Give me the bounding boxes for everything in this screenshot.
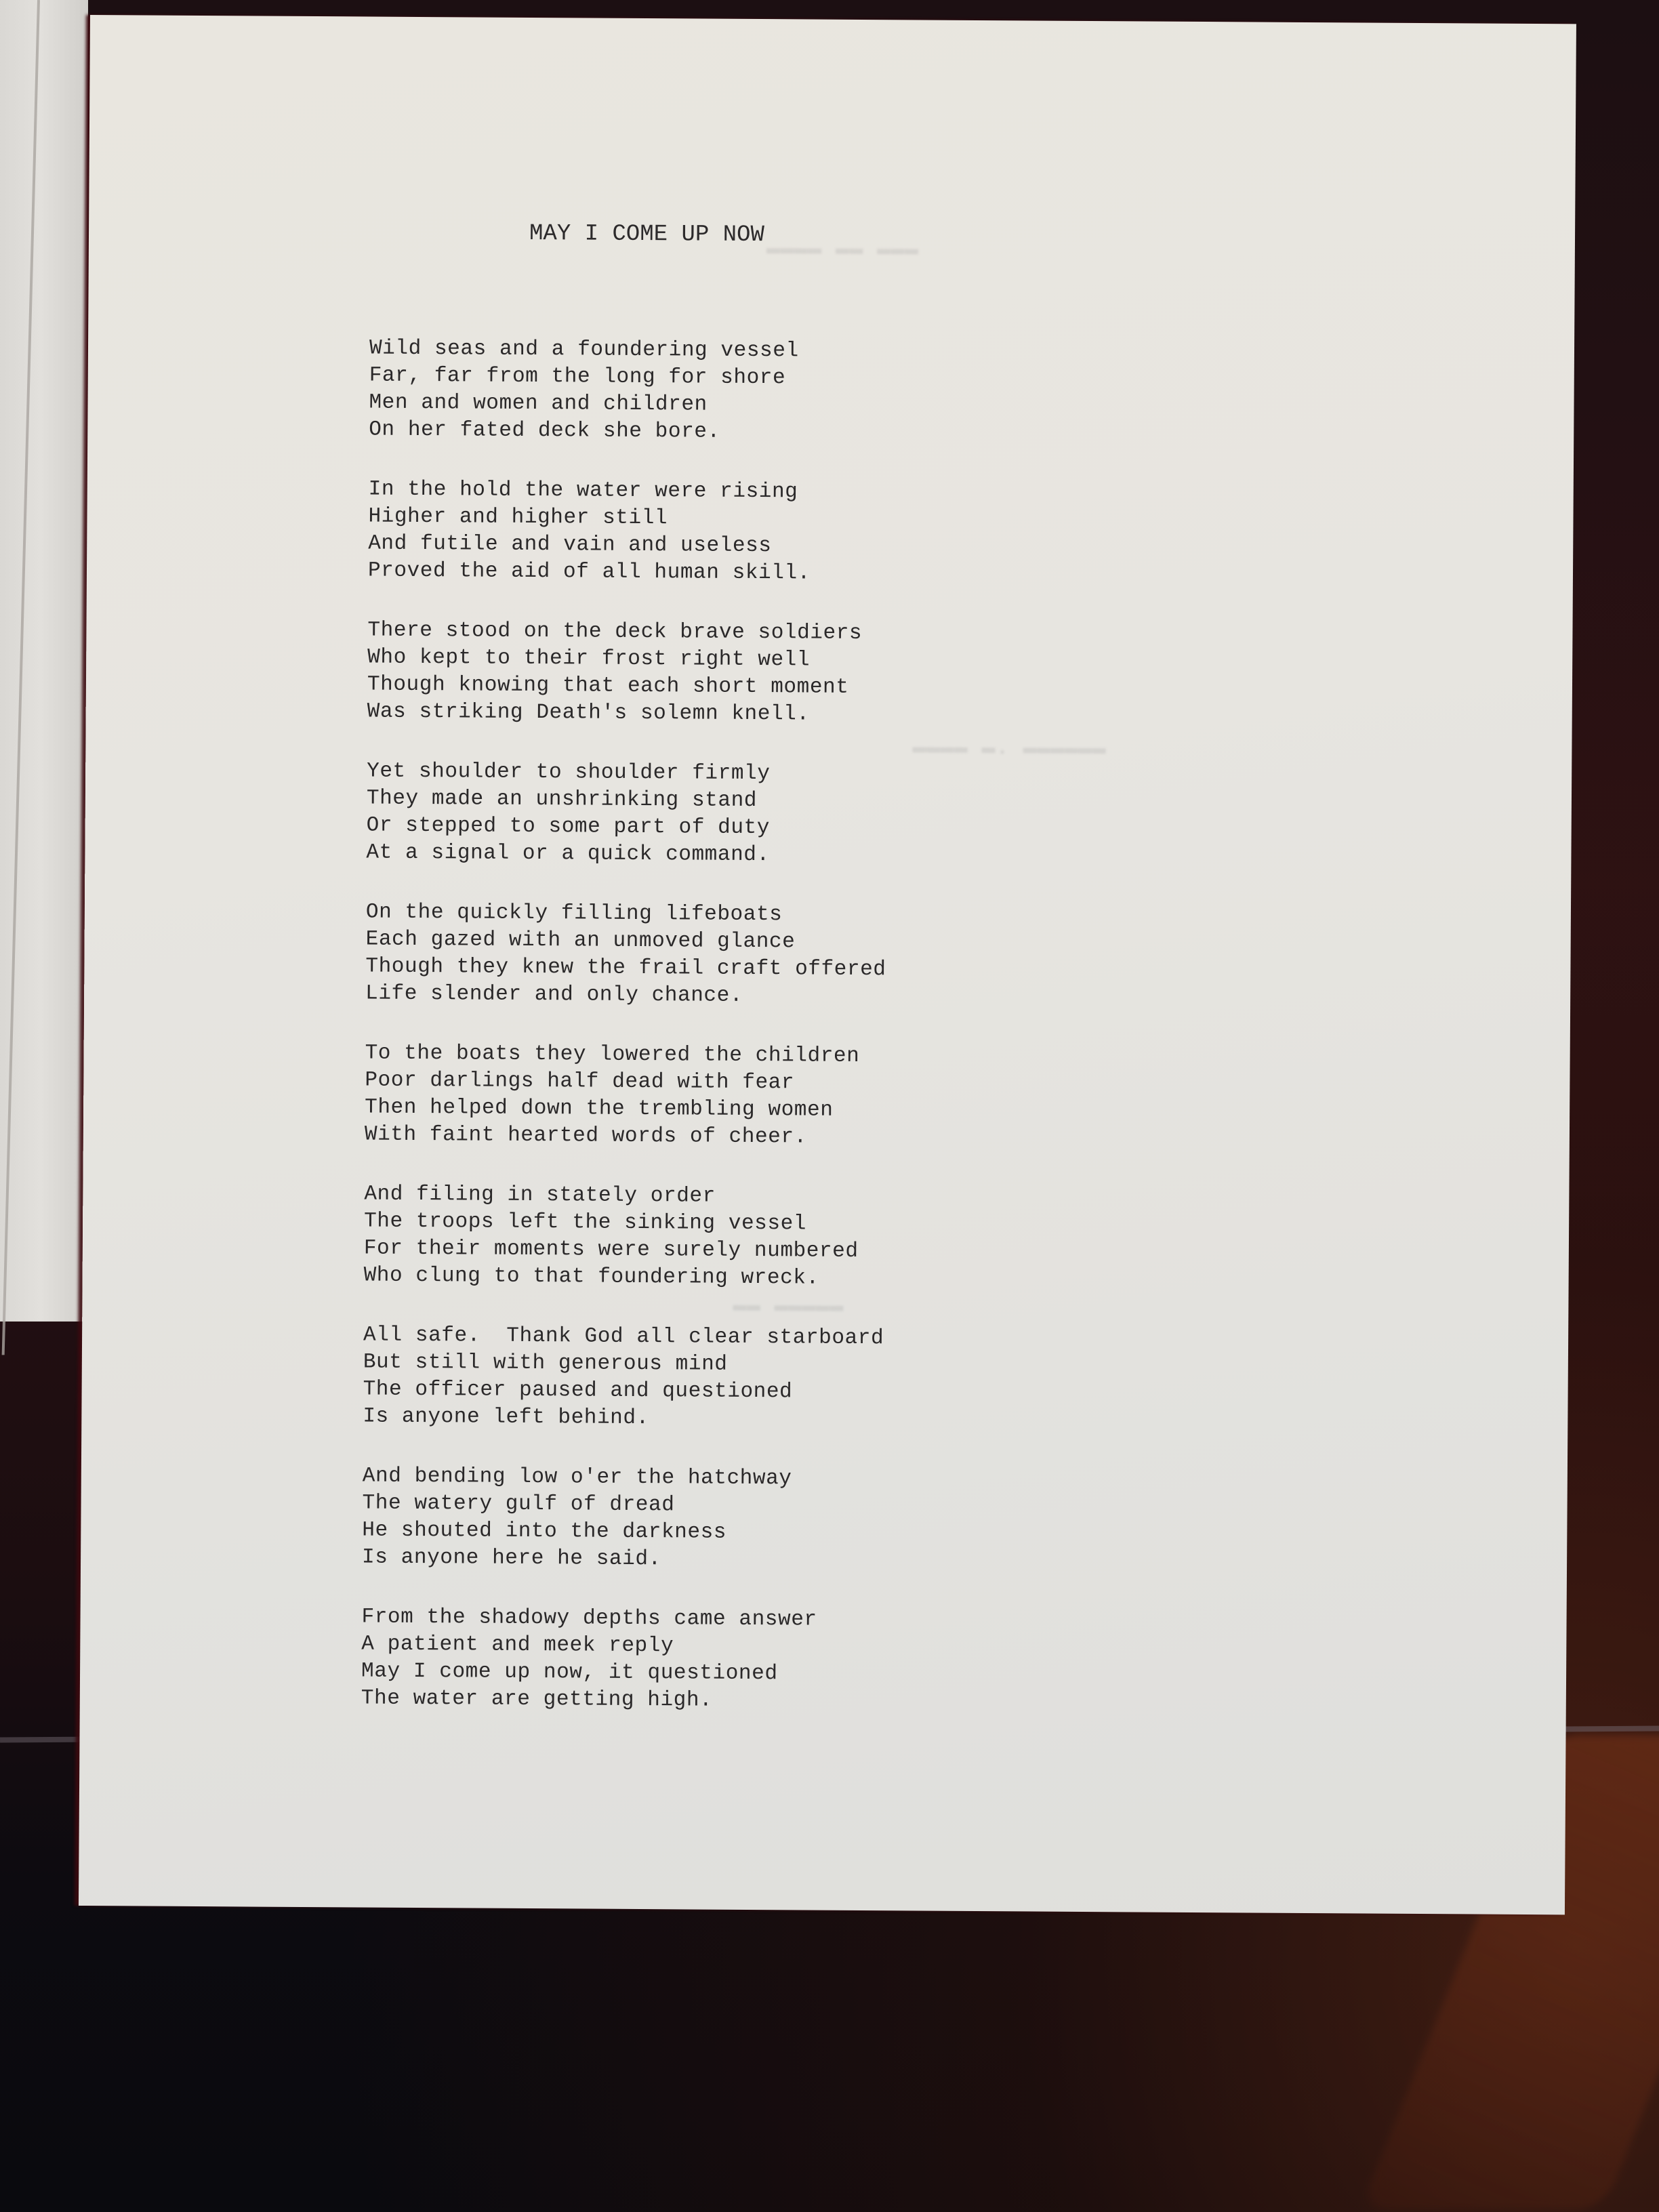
poem-title: MAY I COME UP NOW bbox=[529, 221, 764, 248]
stanza: There stood on the deck brave soldiersWh… bbox=[367, 617, 1113, 731]
stanza: From the shadowy depths came answerA pat… bbox=[361, 1603, 1107, 1717]
poem-line: Who clung to that foundering wreck. bbox=[364, 1263, 1109, 1294]
stanza: All safe. Thank God all clear starboardB… bbox=[363, 1322, 1109, 1435]
poem-line: In the hold the water were rising bbox=[369, 476, 1114, 508]
poem-line: They made an unshrinking stand bbox=[367, 785, 1112, 817]
poem-line: The water are getting high. bbox=[361, 1685, 1107, 1717]
poem-line: On the quickly filling lifeboats bbox=[366, 899, 1111, 931]
poem-line: The troops left the sinking vessel bbox=[364, 1208, 1109, 1240]
poem-line: The officer paused and questioned bbox=[363, 1376, 1108, 1408]
poem-line: For their moments were surely numbered bbox=[364, 1235, 1109, 1267]
poem-body: Wild seas and a foundering vesselFar, fa… bbox=[361, 335, 1115, 1750]
stanza: And filing in stately orderThe troops le… bbox=[364, 1181, 1110, 1294]
poem-line: Men and women and children bbox=[369, 390, 1114, 422]
poem-line: Wild seas and a foundering vessel bbox=[369, 335, 1115, 367]
stanza: And bending low o'er the hatchwayThe wat… bbox=[362, 1462, 1108, 1576]
poem-line: Proved the aid of all human skill. bbox=[368, 558, 1113, 590]
poem-line: He shouted into the darkness bbox=[362, 1517, 1107, 1549]
poem-line: At a signal or a quick command. bbox=[366, 840, 1111, 872]
poem-line: Each gazed with an unmoved glance bbox=[366, 926, 1111, 958]
poem-line: Who kept to their frost right well bbox=[367, 644, 1113, 676]
poem-line: May I come up now, it questioned bbox=[361, 1658, 1107, 1689]
poem-line: Then helped down the trembling women bbox=[365, 1094, 1110, 1126]
poem-line: Life slender and only chance. bbox=[365, 981, 1111, 1012]
poem-line: To the boats they lowered the children bbox=[365, 1040, 1111, 1072]
poem-line: Yet shoulder to shoulder firmly bbox=[367, 758, 1112, 790]
stanza: Wild seas and a foundering vesselFar, fa… bbox=[369, 335, 1115, 449]
poem-line: Higher and higher still bbox=[368, 504, 1113, 535]
bleed-through-mark: ▬▬▬▬ ▬▬ ▬▬▬ bbox=[766, 236, 919, 262]
stanza: To the boats they lowered the childrenPo… bbox=[365, 1040, 1111, 1153]
poem-line: Or stepped to some part of duty bbox=[367, 813, 1112, 844]
poem-line: Was striking Death's solemn knell. bbox=[367, 699, 1113, 731]
poem-line: With faint hearted words of cheer. bbox=[365, 1122, 1110, 1153]
poem-line: Though knowing that each short moment bbox=[367, 672, 1113, 703]
poem-line: Is anyone left behind. bbox=[363, 1403, 1108, 1435]
poem-line: There stood on the deck brave soldiers bbox=[367, 617, 1113, 649]
poem-line: A patient and meek reply bbox=[361, 1631, 1107, 1662]
poem-line: But still with generous mind bbox=[363, 1349, 1109, 1380]
stanza: In the hold the water were risingHigher … bbox=[368, 476, 1114, 590]
poem-line: From the shadowy depths came answer bbox=[361, 1603, 1107, 1635]
poem-line: On her fated deck she bore. bbox=[369, 417, 1114, 449]
poem-line: And bending low o'er the hatchway bbox=[363, 1462, 1108, 1494]
poem-line: And futile and vain and useless bbox=[368, 531, 1113, 562]
poem-line: And filing in stately order bbox=[364, 1181, 1109, 1213]
stanza: Yet shoulder to shoulder firmlyThey made… bbox=[366, 758, 1112, 872]
typed-page: ▬▬▬▬ ▬▬ ▬▬▬ ▬▬▬▬ ▬. ▬▬▬▬▬▬ ▬▬ ▬▬▬▬▬ MAY … bbox=[79, 15, 1576, 1914]
poem-line: Poor darlings half dead with fear bbox=[365, 1067, 1110, 1099]
poem-line: The watery gulf of dread bbox=[362, 1490, 1107, 1521]
stanza: On the quickly filling lifeboatsEach gaz… bbox=[365, 899, 1111, 1012]
poem-line: Though they knew the frail craft offered bbox=[365, 954, 1111, 985]
paper-stack bbox=[0, 0, 88, 1322]
poem-line: Far, far from the long for shore bbox=[369, 363, 1115, 394]
poem-line: Is anyone here he said. bbox=[362, 1544, 1107, 1576]
poem-line: All safe. Thank God all clear starboard bbox=[363, 1322, 1109, 1353]
